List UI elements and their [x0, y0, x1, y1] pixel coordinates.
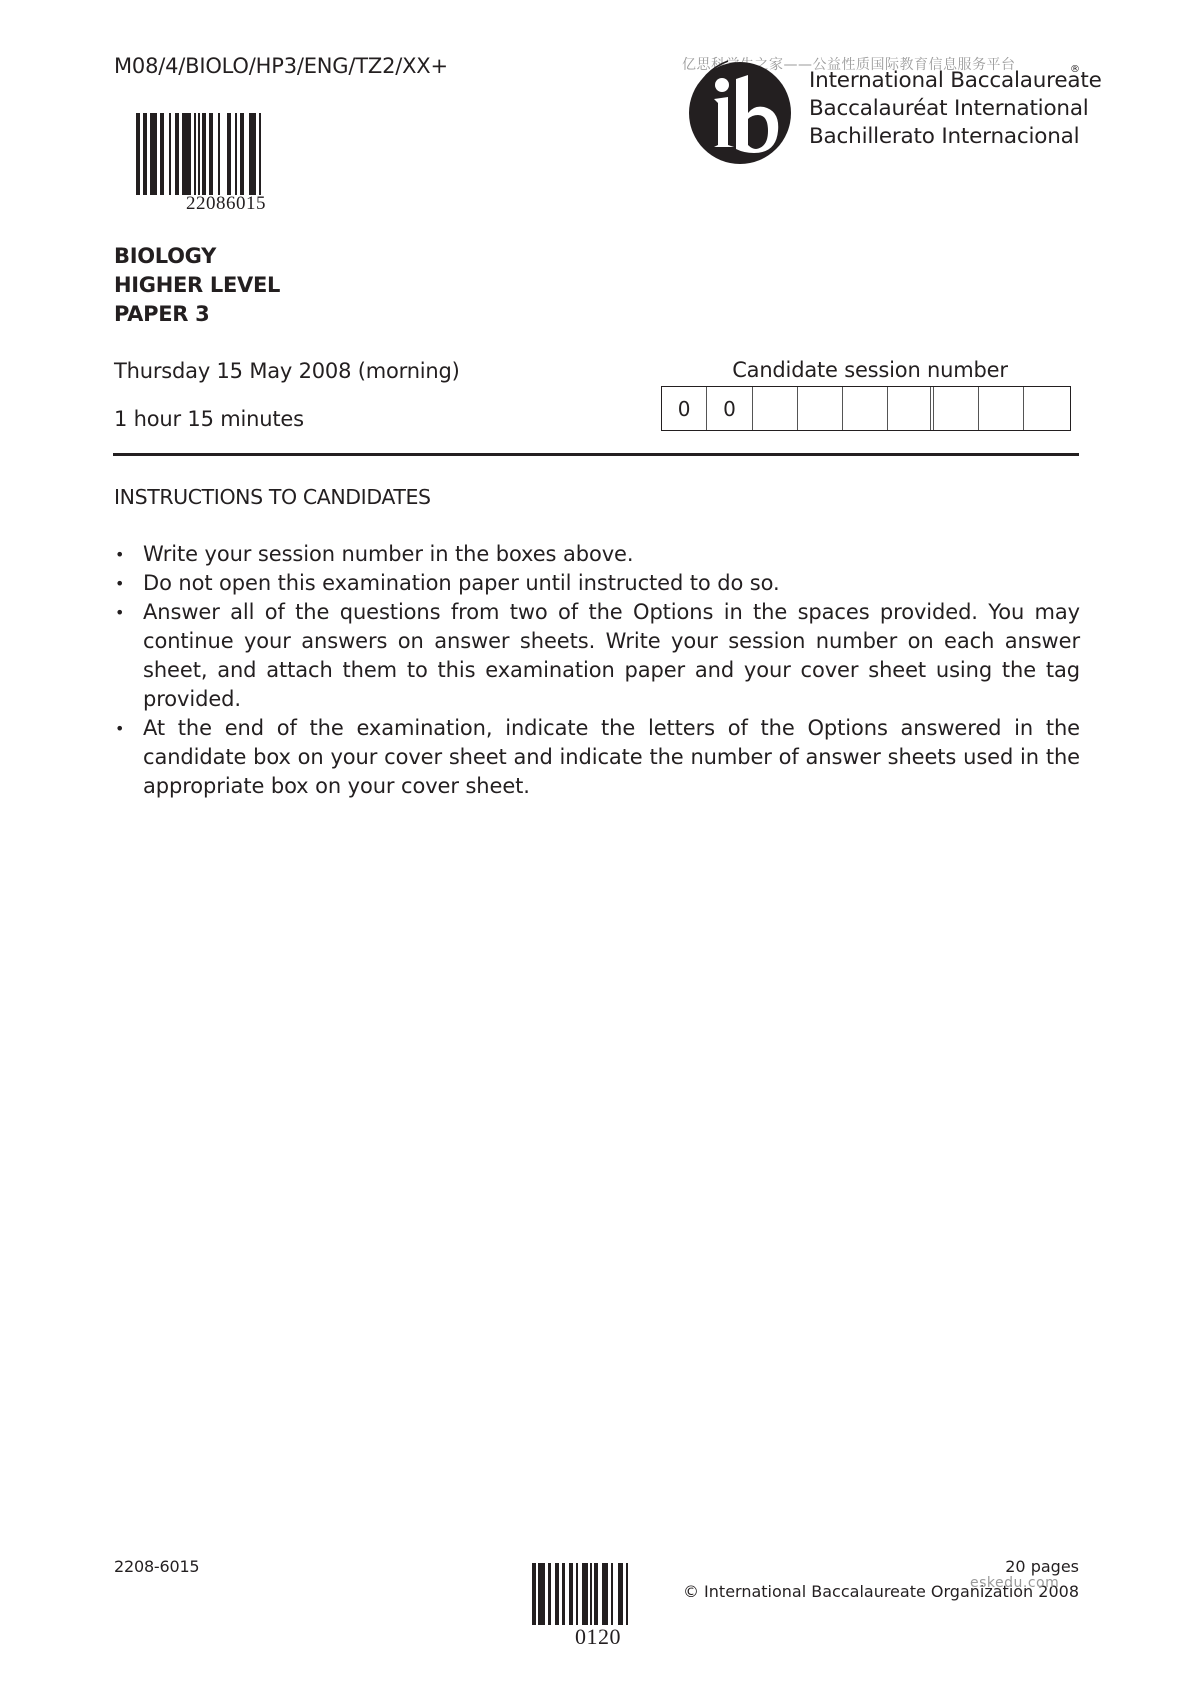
instruction-text: At the end of the examination, indicate …	[143, 716, 1080, 798]
instruction-item: •Do not open this examination paper unti…	[114, 569, 1080, 598]
org-name-french: Baccalauréat International	[809, 96, 1089, 121]
instruction-text: Answer all of the questions from two of …	[143, 600, 1080, 711]
bullet-icon: •	[115, 714, 124, 743]
session-cell[interactable]	[888, 387, 933, 430]
session-number-boxes[interactable]: 0 0	[661, 386, 1071, 431]
footer-exam-code: 2208-6015	[114, 1557, 199, 1576]
bottom-barcode-number: 0120	[532, 1624, 664, 1650]
top-barcode-number: 22086015	[136, 193, 316, 215]
page-count: 20 pages	[1005, 1557, 1079, 1576]
session-cell[interactable]	[1024, 387, 1069, 430]
instruction-item: •Write your session number in the boxes …	[114, 540, 1080, 569]
bullet-icon: •	[115, 598, 124, 627]
session-cell[interactable]: 0	[707, 387, 752, 430]
instructions-heading: INSTRUCTIONS TO CANDIDATES	[114, 485, 431, 509]
divider-rule	[113, 453, 1079, 456]
level-line: HIGHER LEVEL	[114, 273, 280, 297]
org-name-english: International Baccalaureate	[809, 68, 1102, 93]
session-cell[interactable]	[843, 387, 888, 430]
session-cell[interactable]	[753, 387, 798, 430]
reference-code: M08/4/BIOLO/HP3/ENG/TZ2/XX+	[114, 54, 448, 78]
instruction-item: •At the end of the examination, indicate…	[114, 714, 1080, 801]
session-cell[interactable]	[798, 387, 843, 430]
bullet-icon: •	[115, 569, 124, 598]
org-name-spanish: Bachillerato Internacional	[809, 124, 1079, 149]
session-number-label: Candidate session number	[661, 358, 1079, 382]
session-cell[interactable]: 0	[662, 387, 707, 430]
instructions-list: •Write your session number in the boxes …	[114, 540, 1080, 801]
paper-line: PAPER 3	[114, 302, 209, 326]
ib-logo-icon	[688, 57, 792, 165]
bottom-barcode-icon	[532, 1563, 664, 1625]
instruction-text: Do not open this examination paper until…	[143, 571, 780, 595]
watermark-bottom: eskedu.com	[970, 1575, 1059, 1591]
subject-line: BIOLOGY	[114, 244, 216, 268]
exam-date: Thursday 15 May 2008 (morning)	[114, 359, 460, 383]
instruction-text: Write your session number in the boxes a…	[143, 542, 633, 566]
registered-mark: ®	[1070, 64, 1080, 75]
exam-duration: 1 hour 15 minutes	[114, 407, 304, 431]
instruction-item: •Answer all of the questions from two of…	[114, 598, 1080, 714]
bullet-icon: •	[115, 540, 124, 569]
session-cell[interactable]	[979, 387, 1024, 430]
top-barcode-icon	[136, 113, 316, 195]
session-cell[interactable]	[934, 387, 979, 430]
